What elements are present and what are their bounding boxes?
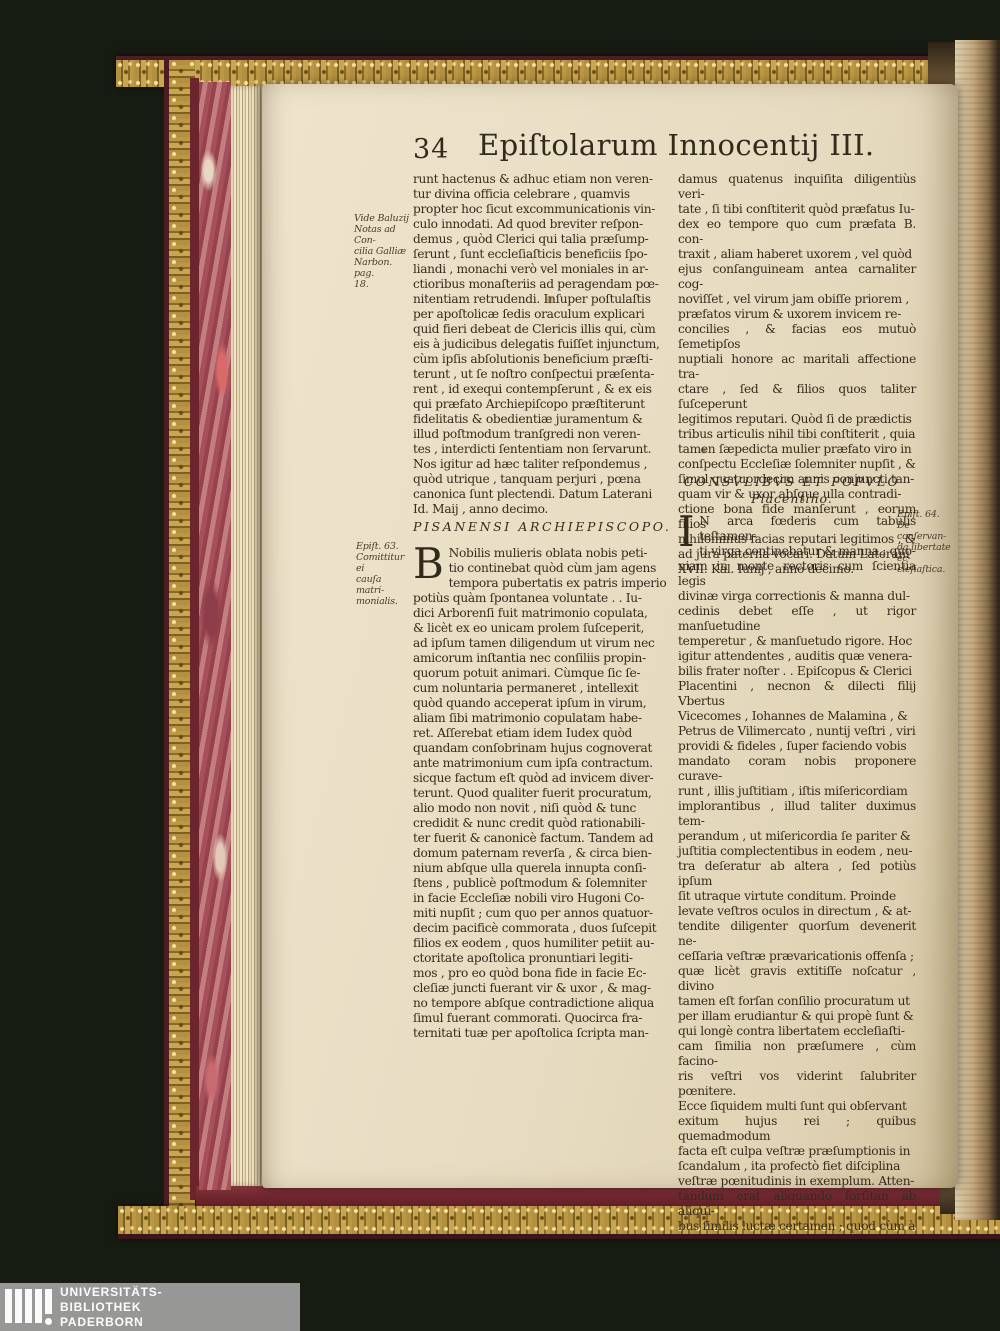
left-paragraph-1-text: runt hactenus & adhuc etiam non veren- t… [413, 172, 660, 516]
heading-consulibus-et-populo: CONSVLIBVS ET POPVLO Placentino. [678, 474, 906, 506]
right-paragraph-2-text: N arca fœderis cum tabulis teſtamen- ti … [678, 514, 916, 1233]
left-column-paragraph-2: BNobilis mulieris oblata nobis peti- tio… [413, 546, 673, 1041]
heading-consulibus-line-1: CONSVLIBVS ET POPVLO [678, 474, 906, 489]
logo-bar-exclamation [45, 1289, 52, 1314]
logo-bar [5, 1289, 12, 1323]
library-watermark-banner: UNIVERSITÄTS- BIBLIOTHEK PADERBORN [0, 1283, 300, 1331]
fore-edge-right [955, 40, 1000, 1220]
logo-bar [15, 1289, 22, 1323]
page-block-edges-left [231, 86, 262, 1186]
red-leather-edge-left [190, 78, 199, 1200]
margin-note-baluzij: Vide Baluzij Notas ad Con- cilia Galliæ … [354, 213, 412, 290]
logo-bar [25, 1289, 32, 1323]
library-name: UNIVERSITÄTS- BIBLIOTHEK PADERBORN [60, 1285, 162, 1330]
gilt-border-top [116, 56, 958, 87]
marbled-endpaper [199, 82, 231, 1190]
library-logo-icon [4, 1287, 54, 1327]
drop-cap-b: B [413, 546, 449, 579]
library-name-line-2: BIBLIOTHEK [60, 1300, 162, 1315]
heading-consulibus-line-2: Placentino. [678, 491, 906, 506]
drop-cap-i: I [678, 514, 699, 547]
scanned-book-photo: 34 Epiſtolarum Innocentij III. Vide Balu… [0, 0, 1000, 1331]
page-number: 34 [413, 134, 449, 165]
left-column-paragraph-1: runt hactenus & adhuc etiam non veren- t… [413, 172, 673, 517]
library-name-line-1: UNIVERSITÄTS- [60, 1285, 162, 1300]
logo-bar-exclamation-dot [45, 1318, 52, 1325]
logo-bar [35, 1289, 42, 1323]
heading-pisanensi-archiepiscopo: PISANENSI ARCHIEPISCOPO. [413, 519, 671, 534]
library-name-line-3: PADERBORN [60, 1315, 162, 1330]
margin-note-epist-63: Epiſt. 63. Comittitur ei cauſa matri- mo… [356, 541, 412, 607]
running-title: Epiſtolarum Innocentij III. [478, 128, 828, 162]
left-paragraph-2-text: Nobilis mulieris oblata nobis peti- tio … [413, 546, 666, 1040]
right-column-paragraph-2: IN arca fœderis cum tabulis teſtamen- ti… [678, 514, 916, 1234]
